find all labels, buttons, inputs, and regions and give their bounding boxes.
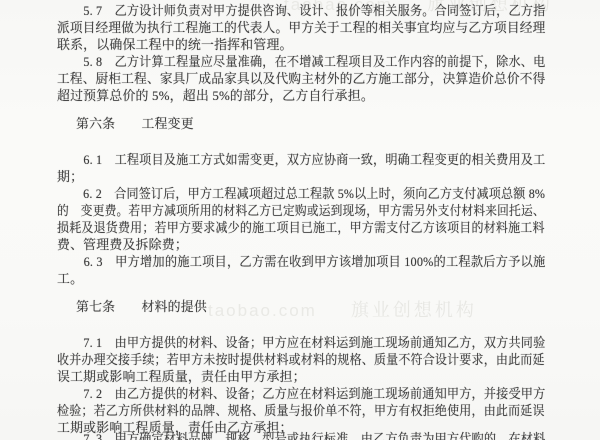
document-line: 联系，以确保工程中的统一指挥和管理。 bbox=[57, 37, 545, 54]
document-line: 6. 3 甲方增加的施工项目，乙方需在收到甲方该增加项目 100%的工程款后方予… bbox=[57, 254, 520, 271]
document-line: 超过预算总价的 5%，超出 5%的部分，乙方自行承担。 bbox=[57, 88, 545, 105]
section-heading: 第六条 工程变更 bbox=[57, 116, 545, 133]
document-line: 误工期或影响工程质量，责任由甲方承担； bbox=[57, 369, 545, 386]
document-line: 工程、厨柜工程、家具厂成品家具以及代购主材外的乙方施工部分，决算造价总价不得 bbox=[57, 71, 536, 88]
document-line: 7. 2 由乙方提供的材料、设备；乙方应在材料运到施工现场前通知甲方，并接受甲方 bbox=[57, 386, 516, 403]
document-line: 7. 3 甲方确定材料品牌、规格、型号或执行标准，由乙方负责为甲方代购的，在材料 bbox=[57, 431, 516, 440]
scanned-contract-page: taobao.com旗业创想机构 taobao.com旗业创想机构 5. 7 乙… bbox=[0, 0, 600, 440]
document-line: 损耗及退货费用；若甲方要求减少的施工项目已施工，甲方需支付乙方该项目的材料施工料 bbox=[57, 220, 511, 237]
document-line: 检验；若乙方所供材料的品牌、规格、质量与报价单不符，甲方有权拒绝使用，由此而延误 bbox=[57, 403, 511, 420]
document-line: 5. 8 乙方计算工程量应尽量准确，在不增减工程项目及工作内容的前提下，除水、电 bbox=[57, 54, 516, 71]
document-line: 费、管理费及拆除费； bbox=[57, 237, 545, 254]
document-line: 7. 1 由甲方提供的材料、设备；甲方应在材料运到施工现场前通知乙方，双方共同验 bbox=[57, 335, 516, 352]
document-line: 期； bbox=[57, 169, 545, 186]
contract-text-block: 5. 7 乙方设计师负责对甲方提供咨询、设计、报价等相关服务。合同签订后，乙方指… bbox=[57, 3, 545, 440]
section-heading: 第七条 材料的提供 bbox=[57, 299, 545, 316]
document-line: 收并办理交接手续；若甲方未按时提供材料或材料的规格、质量不符合设计要求，由此而延 bbox=[57, 352, 511, 369]
document-line: 6. 2 合同签订后，甲方工程减项超过总工程款 5%以上时，须向乙方支付减项总额… bbox=[57, 186, 513, 203]
document-line: 的 变更费。若甲方减项所用的材料乙方已定购或运到现场，甲方需另外支付材料来回托运… bbox=[57, 203, 500, 220]
document-line: 工。 bbox=[57, 271, 545, 288]
document-line: 派项目经理做为执行工程施工的代表人。甲方关于工程的相关事宜均应与乙方项目经理 bbox=[57, 20, 536, 37]
document-line: 5. 7 乙方设计师负责对甲方提供咨询、设计、报价等相关服务。合同签订后，乙方指 bbox=[57, 3, 516, 20]
document-line: 6. 1 工程项目及施工方式如需变更，双方应协商一致，明确工程变更的相关费用及工 bbox=[57, 152, 516, 169]
